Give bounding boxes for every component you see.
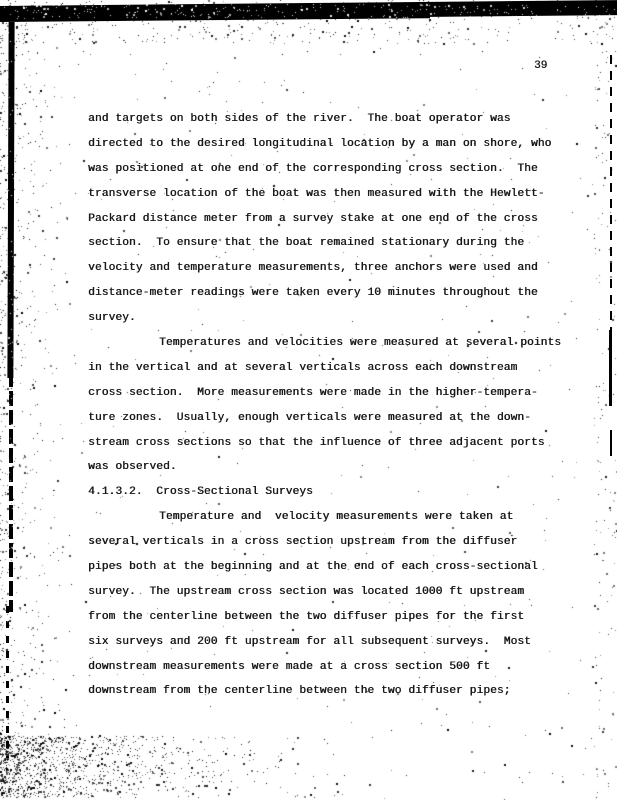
- section-heading: 4.1.3.2. Cross-Sectional Surveys: [88, 480, 593, 505]
- scan-artifact-right-edge: [609, 330, 612, 406]
- text-line: stream cross sections so that the influe…: [88, 431, 593, 456]
- text-line: several verticals in a cross section ups…: [88, 530, 593, 555]
- text-line: velocity and temperature measurements, t…: [88, 256, 593, 281]
- text-line: pipes both at the beginning and at the e…: [88, 555, 593, 580]
- text-line: in the vertical and at several verticals…: [88, 356, 593, 381]
- scanned-page: 39 and targets on both sides of the rive…: [0, 0, 617, 800]
- text-line: section. To ensure that the boat remaine…: [88, 231, 593, 256]
- text-line: downstream from the centerline between t…: [88, 679, 593, 704]
- scan-artifact-left-edge-faded: [6, 606, 9, 758]
- text-line: and targets on both sides of the river. …: [88, 107, 593, 132]
- scan-artifact-left-edge-broken: [9, 372, 13, 612]
- text-line: survey.: [88, 306, 593, 331]
- document-text: and targets on both sides of the river. …: [88, 107, 593, 704]
- text-line: transverse location of the boat was then…: [88, 182, 593, 207]
- text-line: was positioned at one end of the corresp…: [88, 157, 593, 182]
- text-line: from the centerline between the two diff…: [88, 605, 593, 630]
- scan-artifact-right-edge-broken: [610, 55, 612, 330]
- text-line: six surveys and 200 ft upstream for all …: [88, 630, 593, 655]
- text-line: distance-meter readings were taken every…: [88, 281, 593, 306]
- text-line: directed to the desired longitudinal loc…: [88, 132, 593, 157]
- text-line: Temperatures and velocities were measure…: [88, 331, 593, 356]
- text-line: survey. The upstream cross section was l…: [88, 580, 593, 605]
- text-line: cross section. More measurements were ma…: [88, 381, 593, 406]
- text-line: downstream measurements were made at a c…: [88, 655, 593, 680]
- scan-artifact-left-edge: [7, 22, 14, 378]
- scan-background: { "document": { "page_number": "39", "li…: [0, 0, 617, 800]
- text-line: Temperature and velocity measurements we…: [88, 505, 593, 530]
- page-number: 39: [534, 60, 547, 72]
- text-line: ture zones. Usually, enough verticals we…: [88, 406, 593, 431]
- scan-artifact-right-edge-dash: [610, 430, 612, 456]
- text-line: Packard distance meter from a survey sta…: [88, 207, 593, 232]
- text-line: was observed.: [88, 455, 593, 480]
